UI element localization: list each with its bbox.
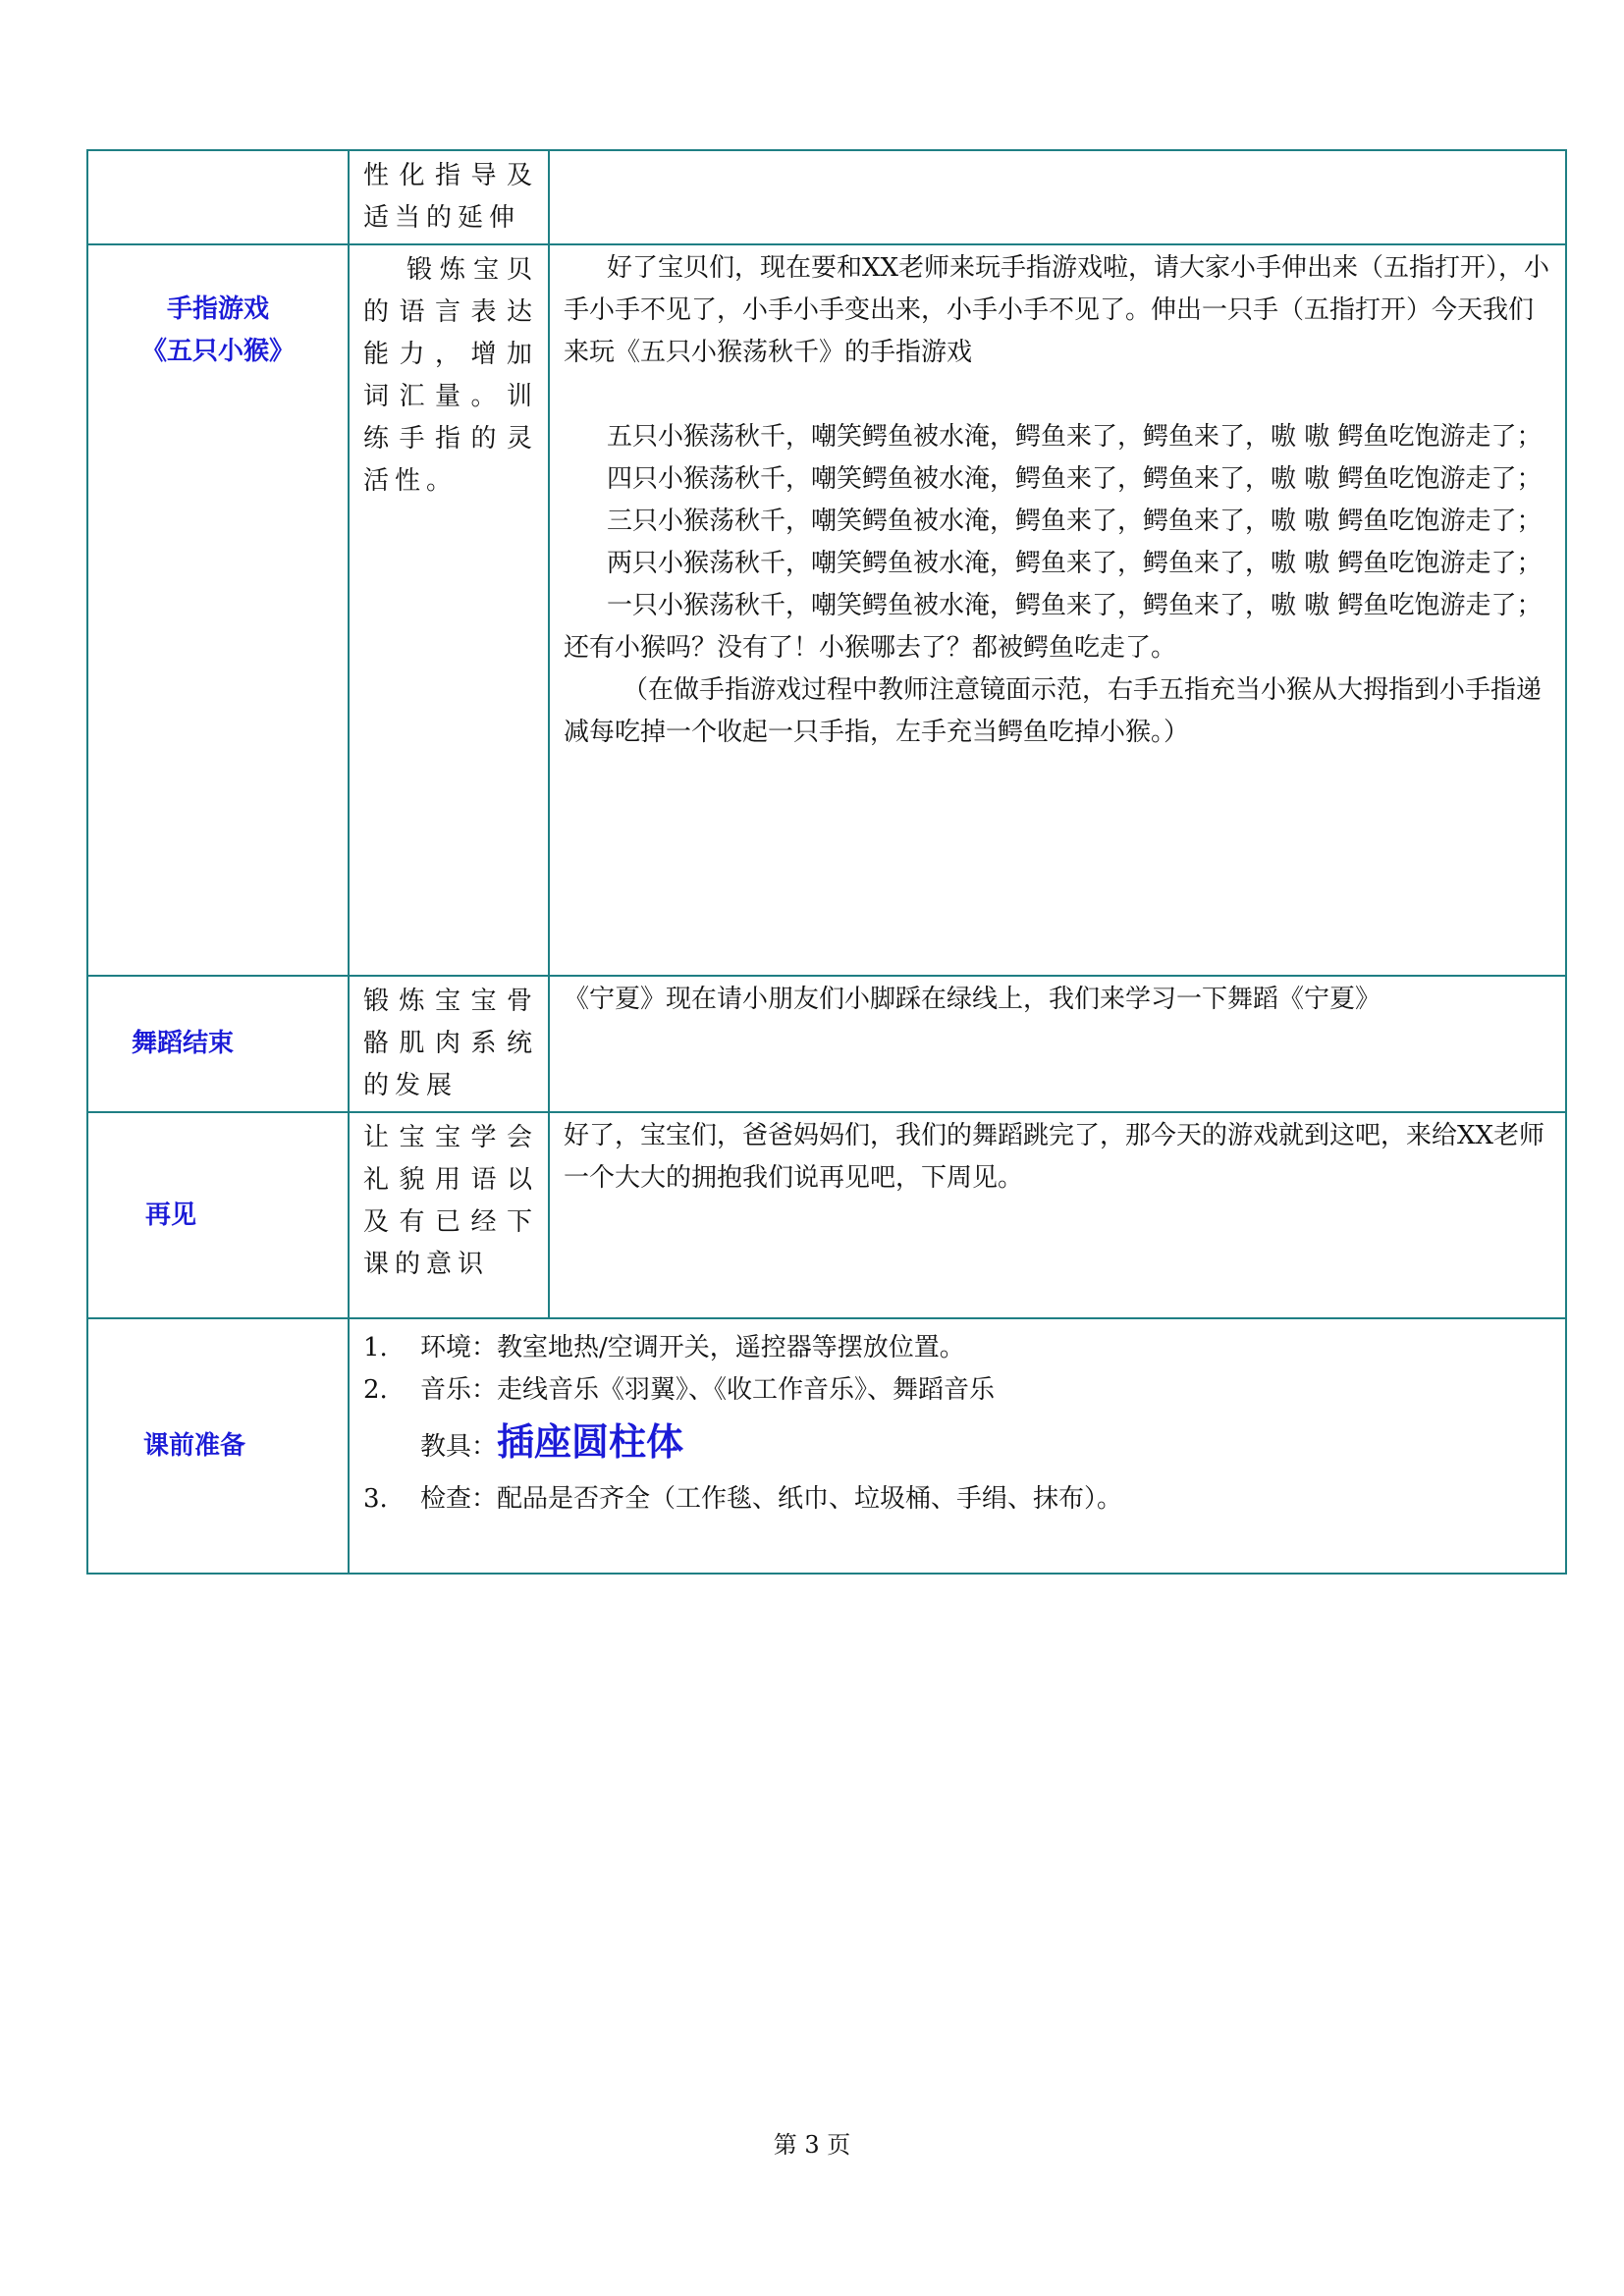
prep-item-3: 3. 检查：配品是否齐全（工作毯、纸巾、垃圾桶、手绢、抹布）。	[363, 1478, 1565, 1521]
tool-label: 教具：	[420, 1426, 497, 1468]
prep-item-number: 3.	[363, 1478, 420, 1521]
label-line-2: 《五只小猴》	[88, 331, 348, 373]
lesson-plan-table: 性化指导及适当的延伸 手指游戏 《五只小猴》 锻炼宝贝的语言表达能力，增加词汇量…	[86, 149, 1567, 1575]
tool-name: 插座圆柱体	[497, 1421, 683, 1464]
prep-item-text: 检查：配品是否齐全（工作毯、纸巾、垃圾桶、手绢、抹布）。	[420, 1478, 1122, 1521]
table-row-preparation: 课前准备 1. 环境：教室地热/空调开关，遥控器等摆放位置。 2. 音乐：走线音…	[87, 1318, 1566, 1574]
row-label-finger-game: 手指游戏 《五只小猴》	[87, 244, 349, 976]
row-content-empty	[549, 150, 1566, 244]
preparation-list: 1. 环境：教室地热/空调开关，遥控器等摆放位置。 2. 音乐：走线音乐《羽翼》…	[350, 1319, 1565, 1534]
verse-1: 五只小猴荡秋千，嘲笑鳄鱼被水淹，鳄鱼来了，鳄鱼来了，嗷 嗷 鳄鱼吃饱游走了；	[564, 416, 1551, 458]
prep-item-text: 环境：教室地热/空调开关，遥控器等摆放位置。	[420, 1327, 965, 1369]
table-row-goodbye: 再见 让宝宝学会礼貌用语以及有已经下课的意识 好了，宝宝们，爸爸妈妈们，我们的舞…	[87, 1112, 1566, 1318]
closing-line: 还有小猴吗？没有了！小猴哪去了？都被鳄鱼吃走了。	[564, 627, 1551, 669]
table-row-continued: 性化指导及适当的延伸	[87, 150, 1566, 244]
table-row-dance-end: 舞蹈结束 锻炼宝宝骨骼肌肉系统的发展 《宁夏》现在请小朋友们小脚踩在绿线上，我们…	[87, 976, 1566, 1112]
verse-5: 一只小猴荡秋千，嘲笑鳄鱼被水淹，鳄鱼来了，鳄鱼来了，嗷 嗷 鳄鱼吃饱游走了；	[564, 585, 1551, 627]
prep-tool-row: 教具： 插座圆柱体	[363, 1421, 1565, 1468]
goodbye-text: 好了，宝宝们，爸爸妈妈们，我们的舞蹈跳完了，那今天的游戏就到这吧，来给XX老师一…	[564, 1115, 1551, 1200]
table-row-finger-game: 手指游戏 《五只小猴》 锻炼宝贝的语言表达能力，增加词汇量。训练手指的灵活性。 …	[87, 244, 1566, 976]
prep-item-text: 音乐：走线音乐《羽翼》、《收工作音乐》、舞蹈音乐	[420, 1369, 995, 1412]
row-content-finger-game: 好了宝贝们，现在要和XX老师来玩手指游戏啦，请大家小手伸出来（五指打开），小手小…	[549, 244, 1566, 976]
prep-item-number: 1.	[363, 1327, 420, 1369]
verse-4: 两只小猴荡秋千，嘲笑鳄鱼被水淹，鳄鱼来了，鳄鱼来了，嗷 嗷 鳄鱼吃饱游走了；	[564, 543, 1551, 585]
row-goal: 性化指导及适当的延伸	[349, 150, 549, 244]
row-label-empty	[87, 150, 349, 244]
row-content-goodbye: 好了，宝宝们，爸爸妈妈们，我们的舞蹈跳完了，那今天的游戏就到这吧，来给XX老师一…	[549, 1112, 1566, 1318]
row-label-dance-end: 舞蹈结束	[87, 976, 349, 1112]
page-number: 第 3 页	[0, 2125, 1624, 2160]
verse-2: 四只小猴荡秋千，嘲笑鳄鱼被水淹，鳄鱼来了，鳄鱼来了，嗷 嗷 鳄鱼吃饱游走了；	[564, 458, 1551, 501]
prep-item-number: 2.	[363, 1369, 420, 1412]
intro-paragraph: 好了宝贝们，现在要和XX老师来玩手指游戏啦，请大家小手伸出来（五指打开），小手小…	[564, 247, 1551, 374]
prep-item-2: 2. 音乐：走线音乐《羽翼》、《收工作音乐》、舞蹈音乐	[363, 1369, 1565, 1412]
teacher-note: （在做手指游戏过程中教师注意镜面示范，右手五指充当小猴从大拇指到小手指递减每吃掉…	[564, 669, 1551, 754]
row-goal-dance-end: 锻炼宝宝骨骼肌肉系统的发展	[349, 976, 549, 1112]
label-line-1: 手指游戏	[88, 289, 348, 331]
prep-item-1: 1. 环境：教室地热/空调开关，遥控器等摆放位置。	[363, 1327, 1565, 1369]
blank-line	[564, 374, 1551, 416]
row-goal-finger-game: 锻炼宝贝的语言表达能力，增加词汇量。训练手指的灵活性。	[349, 244, 549, 976]
row-content-dance-end: 《宁夏》现在请小朋友们小脚踩在绿线上，我们来学习一下舞蹈《宁夏》	[549, 976, 1566, 1112]
row-label-goodbye: 再见	[87, 1112, 349, 1318]
row-goal-goodbye: 让宝宝学会礼貌用语以及有已经下课的意识	[349, 1112, 549, 1318]
row-label-preparation: 课前准备	[87, 1318, 349, 1574]
verse-3: 三只小猴荡秋千，嘲笑鳄鱼被水淹，鳄鱼来了，鳄鱼来了，嗷 嗷 鳄鱼吃饱游走了；	[564, 501, 1551, 543]
dance-text: 《宁夏》现在请小朋友们小脚踩在绿线上，我们来学习一下舞蹈《宁夏》	[564, 979, 1551, 1021]
row-content-preparation: 1. 环境：教室地热/空调开关，遥控器等摆放位置。 2. 音乐：走线音乐《羽翼》…	[349, 1318, 1566, 1574]
